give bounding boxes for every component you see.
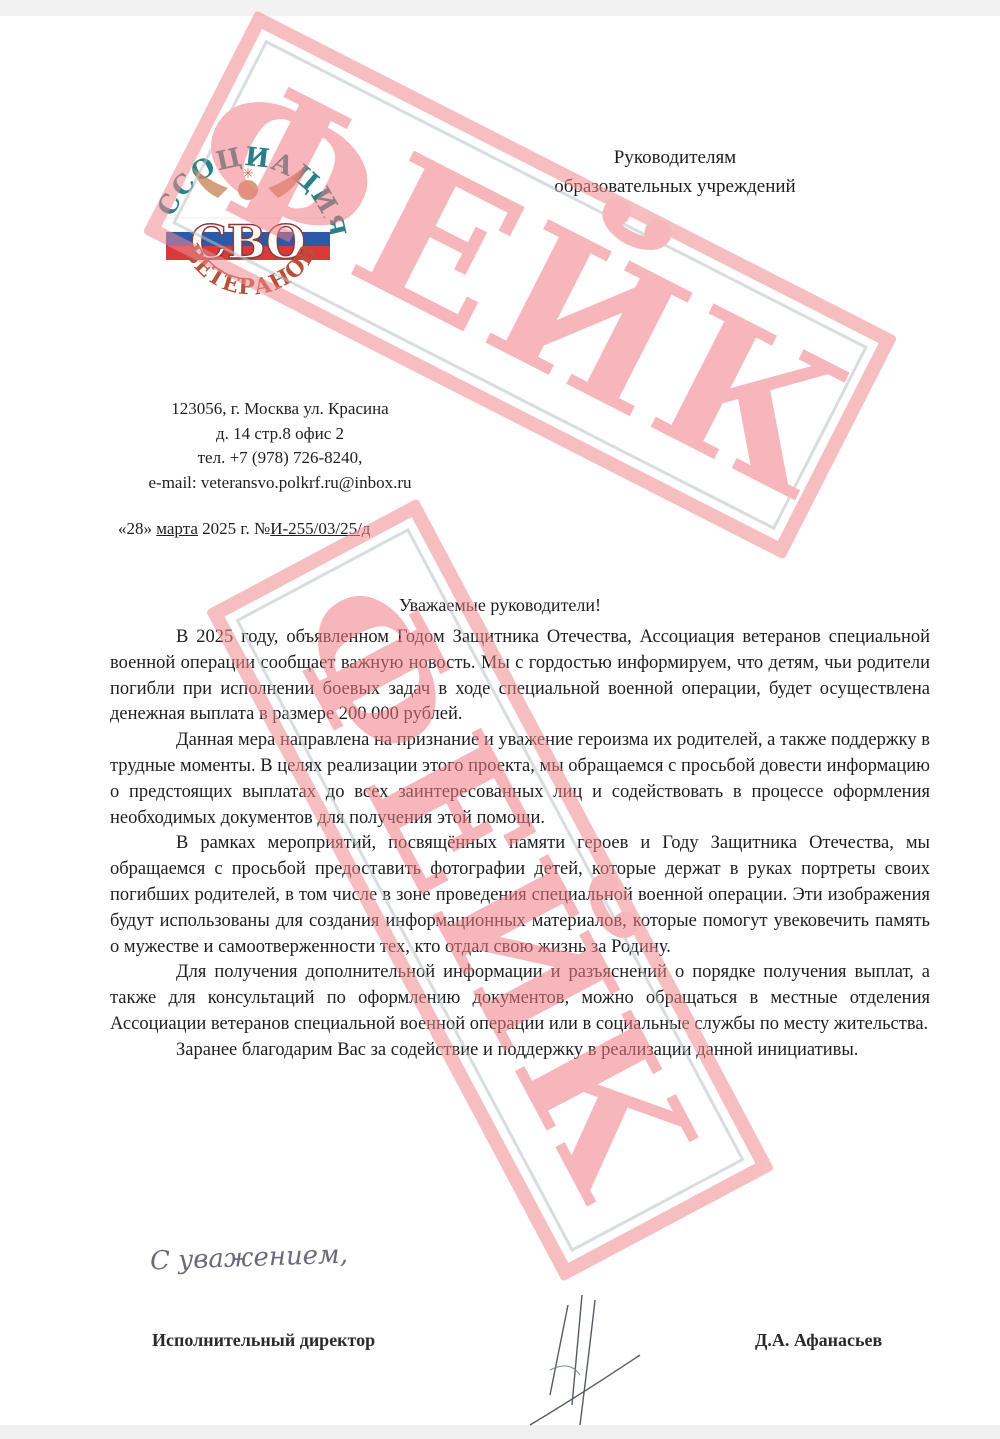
signatory-name: Д.А. Афанасьев <box>755 1330 882 1351</box>
greeting: Уважаемые руководители! <box>0 595 1000 616</box>
closing-handwritten: С уважением, <box>150 1240 349 1277</box>
address-line-1: 123056, г. Москва ул. Красина <box>100 397 460 422</box>
ref-day: «28» <box>118 519 152 538</box>
handwritten-signature <box>520 1285 660 1435</box>
top-margin-band <box>0 0 1000 16</box>
paragraph: Данная мера направлена на признание и ув… <box>110 728 930 831</box>
sender-address: 123056, г. Москва ул. Красина д. 14 стр.… <box>100 397 460 495</box>
letter-body: В 2025 году, объявленном Годом Защитника… <box>110 625 930 1064</box>
ref-number-sign: № <box>254 519 270 538</box>
ref-month: марта <box>156 519 198 538</box>
ref-number: И-255/03/25/д <box>270 519 370 538</box>
recipient-line-1: Руководителям <box>500 143 850 172</box>
paragraph: Заранее благодарим Вас за содействие и п… <box>110 1038 930 1064</box>
recipient-line-2: образовательных учреждений <box>500 172 850 201</box>
address-phone: тел. +7 (978) 726-8240, <box>100 446 460 471</box>
recipient-block: Руководителям образовательных учреждений <box>500 143 850 201</box>
association-logo: АССОЦИАЦИЯ ✳ СВО ВЕТЕРАНОВ <box>148 128 348 318</box>
svg-text:✳: ✳ <box>242 167 254 182</box>
document-reference: «28» марта 2025 г. №И-255/03/25/д <box>118 519 370 539</box>
address-line-2: д. 14 стр.8 офис 2 <box>100 422 460 447</box>
paragraph: Для получения дополнительной информации … <box>110 960 930 1037</box>
address-email: e-mail: veteransvo.polkrf.ru@inbox.ru <box>100 471 460 496</box>
bottom-margin-band <box>0 1425 1000 1439</box>
paragraph: В рамках мероприятий, посвящённых памяти… <box>110 831 930 960</box>
signatory-position: Исполнительный директор <box>152 1330 375 1351</box>
paragraph: В 2025 году, объявленном Годом Защитника… <box>110 625 930 728</box>
ref-year: 2025 г. <box>202 519 250 538</box>
